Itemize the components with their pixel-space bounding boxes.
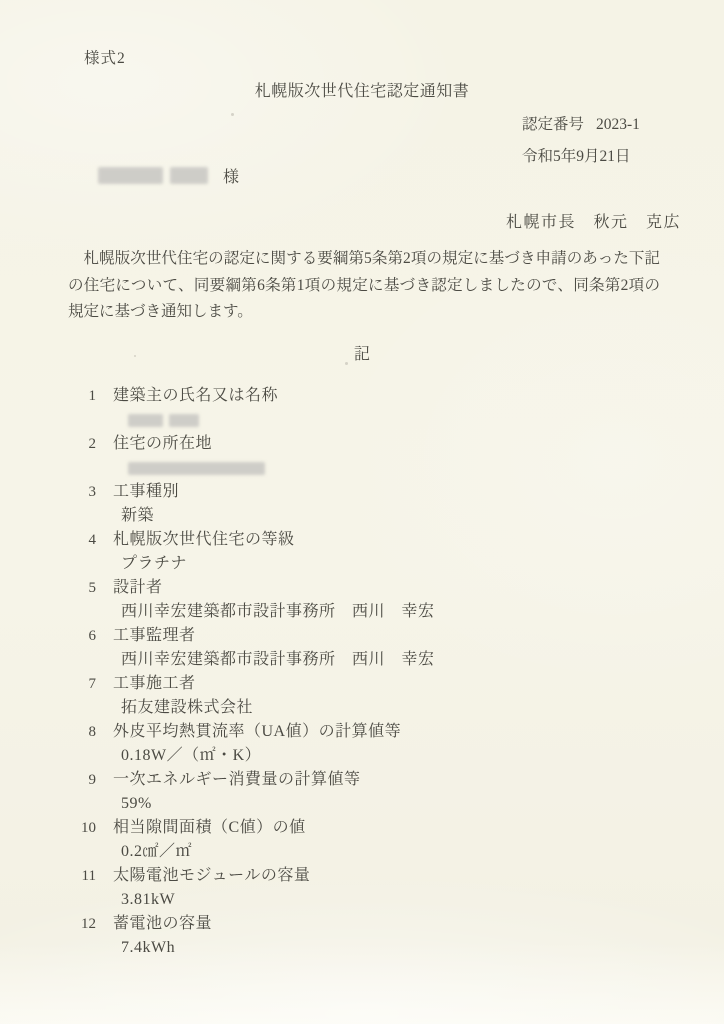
item-value-row: プラチナ: [68, 552, 668, 576]
list-item: 9 一次エネルギー消費量の計算値等 59%: [68, 768, 668, 816]
item-value: 新築: [121, 504, 154, 528]
list-item: 2 住宅の所在地: [68, 432, 668, 480]
item-label: 外皮平均熱貫流率（UA値）の計算値等: [113, 720, 401, 744]
item-label-row: 9 一次エネルギー消費量の計算値等: [68, 768, 668, 792]
scan-speck: [231, 113, 234, 116]
item-label-row: 3 工事種別: [68, 480, 668, 504]
item-label: 住宅の所在地: [113, 432, 212, 456]
item-number: 10: [68, 816, 96, 840]
form-number-label: 様式2: [84, 46, 126, 68]
item-value: 拓友建設株式会社: [121, 696, 253, 720]
item-label: 札幌版次世代住宅の等級: [113, 528, 295, 552]
item-label: 相当隙間面積（C値）の値: [113, 816, 306, 840]
redacted-owner-name: [169, 414, 199, 427]
redacted-addressee-name: [170, 167, 208, 184]
item-value-row: 7.4kWh: [68, 936, 668, 960]
item-value-row: [68, 408, 668, 432]
issue-date: 令和5年9月21日: [522, 144, 631, 166]
item-number: 5: [68, 576, 96, 600]
list-item: 12 蓄電池の容量 7.4kWh: [68, 912, 668, 960]
item-number: 2: [68, 432, 96, 456]
item-value: 西川幸宏建築都市設計事務所 西川 幸宏: [121, 648, 435, 672]
certified-items-list: 1 建築主の氏名又は名称 2 住宅の所在地 3 工事種別 新築: [68, 384, 668, 960]
list-item: 4 札幌版次世代住宅の等級 プラチナ: [68, 528, 668, 576]
list-item: 1 建築主の氏名又は名称: [68, 384, 668, 432]
item-number: 8: [68, 720, 96, 744]
certification-number-value: 2023-1: [596, 116, 640, 133]
scan-speck: [134, 355, 136, 357]
item-value: 0.2㎠／㎡: [121, 840, 192, 864]
list-item: 10 相当隙間面積（C値）の値 0.2㎠／㎡: [68, 816, 668, 864]
item-number: 1: [68, 384, 96, 408]
item-label-row: 10 相当隙間面積（C値）の値: [68, 816, 668, 840]
item-number: 7: [68, 672, 96, 696]
list-item: 6 工事監理者 西川幸宏建築都市設計事務所 西川 幸宏: [68, 624, 668, 672]
item-number: 11: [68, 864, 96, 888]
list-item: 7 工事施工者 拓友建設株式会社: [68, 672, 668, 720]
redacted-address: [128, 462, 265, 475]
item-value-row: 拓友建設株式会社: [68, 696, 668, 720]
item-number: 6: [68, 624, 96, 648]
item-number: 3: [68, 480, 96, 504]
item-label: 建築主の氏名又は名称: [113, 384, 278, 408]
item-value: プラチナ: [121, 552, 187, 576]
item-value-row: [68, 456, 668, 480]
item-label-row: 4 札幌版次世代住宅の等級: [68, 528, 668, 552]
item-value: 西川幸宏建築都市設計事務所 西川 幸宏: [121, 600, 435, 624]
item-label: 工事種別: [113, 480, 179, 504]
item-label: 設計者: [113, 576, 163, 600]
item-label: 工事施工者: [113, 672, 196, 696]
list-heading-ki: 記: [0, 341, 724, 364]
document-title: 札幌版次世代住宅認定通知書: [0, 78, 724, 101]
item-value-row: 3.81kW: [68, 888, 668, 912]
item-number: 9: [68, 768, 96, 792]
list-item: 3 工事種別 新築: [68, 480, 668, 528]
redacted-owner-name: [128, 414, 163, 427]
item-label-row: 8 外皮平均熱貫流率（UA値）の計算値等: [68, 720, 668, 744]
item-label-row: 6 工事監理者: [68, 624, 668, 648]
certification-number-label: 認定番号: [522, 116, 584, 133]
list-item: 11 太陽電池モジュールの容量 3.81kW: [68, 864, 668, 912]
item-value-row: 西川幸宏建築都市設計事務所 西川 幸宏: [68, 648, 668, 672]
item-label: 工事監理者: [113, 624, 196, 648]
list-item: 8 外皮平均熱貫流率（UA値）の計算値等 0.18W／（㎡・K）: [68, 720, 668, 768]
item-value: 0.18W／（㎡・K）: [121, 744, 261, 768]
item-label-row: 11 太陽電池モジュールの容量: [68, 864, 668, 888]
item-value: 7.4kWh: [121, 936, 175, 960]
item-value-row: 西川幸宏建築都市設計事務所 西川 幸宏: [68, 600, 668, 624]
item-label-row: 1 建築主の氏名又は名称: [68, 384, 668, 408]
certification-number-line: 認定番号2023-1: [522, 112, 640, 134]
addressee-honorific: 様: [223, 164, 239, 187]
item-value: 59%: [121, 792, 152, 816]
item-value-row: 0.18W／（㎡・K）: [68, 744, 668, 768]
item-label-row: 5 設計者: [68, 576, 668, 600]
addressee-line: 様: [98, 164, 239, 186]
item-label: 一次エネルギー消費量の計算値等: [113, 768, 361, 792]
item-label: 太陽電池モジュールの容量: [113, 864, 310, 888]
scanned-certificate-page: 様式2 札幌版次世代住宅認定通知書 認定番号2023-1 令和5年9月21日 様…: [0, 0, 724, 1024]
item-value: 3.81kW: [121, 888, 175, 912]
body-paragraph: 札幌版次世代住宅の認定に関する要綱第5条第2項の規定に基づき申請のあった下記の住…: [68, 246, 660, 326]
item-label-row: 2 住宅の所在地: [68, 432, 668, 456]
item-label: 蓄電池の容量: [113, 912, 212, 936]
item-number: 12: [68, 912, 96, 936]
scan-speck: [345, 362, 348, 365]
redacted-addressee-name: [98, 167, 163, 184]
list-item: 5 設計者 西川幸宏建築都市設計事務所 西川 幸宏: [68, 576, 668, 624]
item-value-row: 59%: [68, 792, 668, 816]
item-label-row: 12 蓄電池の容量: [68, 912, 668, 936]
issuer-mayor-line: 札幌市長 秋元 克広: [506, 209, 681, 232]
item-number: 4: [68, 528, 96, 552]
item-label-row: 7 工事施工者: [68, 672, 668, 696]
item-value-row: 新築: [68, 504, 668, 528]
item-value-row: 0.2㎠／㎡: [68, 840, 668, 864]
